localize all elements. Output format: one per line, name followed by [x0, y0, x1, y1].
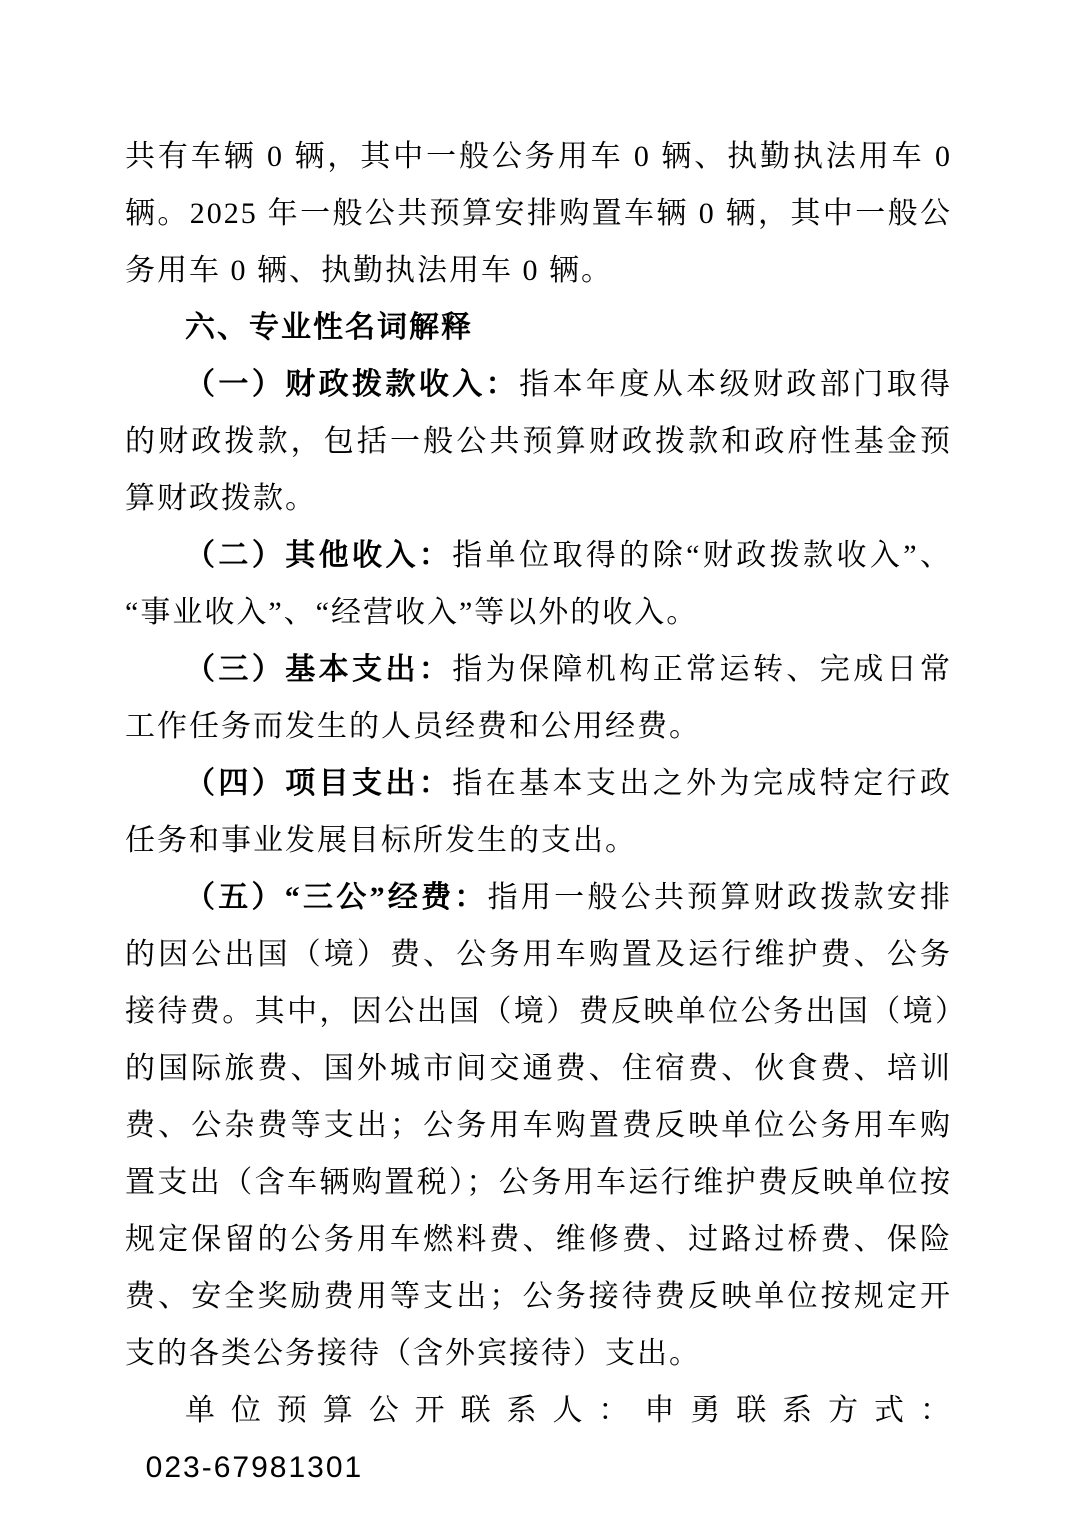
definition-term: （四）项目支出： — [185, 767, 452, 800]
definition-term: （五）“三公”经费： — [185, 881, 488, 914]
section-heading: 六、专业性名词解释 — [125, 299, 952, 356]
definition-term: （一）财政拨款收入： — [185, 368, 519, 401]
contact-phone: 023-67981301 — [125, 1451, 363, 1484]
definition-item: （五）“三公”经费：指用一般公共预算财政拨款安排的因公出国（境）费、公务用车购置… — [125, 869, 952, 1382]
definition-item: （三）基本支出：指为保障机构正常运转、完成日常工作任务而发生的人员经费和公用经费… — [125, 641, 952, 755]
definition-item: （二）其他收入：指单位取得的除“财政拨款收入”、“事业收入”、“经营收入”等以外… — [125, 527, 952, 641]
paragraph-vehicle-info: 共有车辆 0 辆，其中一般公务用车 0 辆、执勤执法用车 0 辆。2025 年一… — [125, 128, 952, 299]
document-page: 共有车辆 0 辆，其中一般公务用车 0 辆、执勤执法用车 0 辆。2025 年一… — [0, 0, 1074, 1520]
definition-term: （三）基本支出： — [185, 653, 452, 686]
definition-term: （二）其他收入： — [185, 539, 452, 572]
definition-item: （四）项目支出：指在基本支出之外为完成特定行政任务和事业发展目标所发生的支出。 — [125, 755, 952, 869]
definition-body: 指用一般公共预算财政拨款安排的因公出国（境）费、公务用车购置及运行维护费、公务接… — [125, 881, 952, 1370]
contact-line: 单位预算公开联系人：申勇联系方式： 023-67981301 — [125, 1382, 952, 1496]
definition-item: （一）财政拨款收入：指本年度从本级财政部门取得的财政拨款，包括一般公共预算财政拨… — [125, 356, 952, 527]
contact-label: 单位预算公开联系人：申勇联系方式： — [185, 1394, 952, 1427]
